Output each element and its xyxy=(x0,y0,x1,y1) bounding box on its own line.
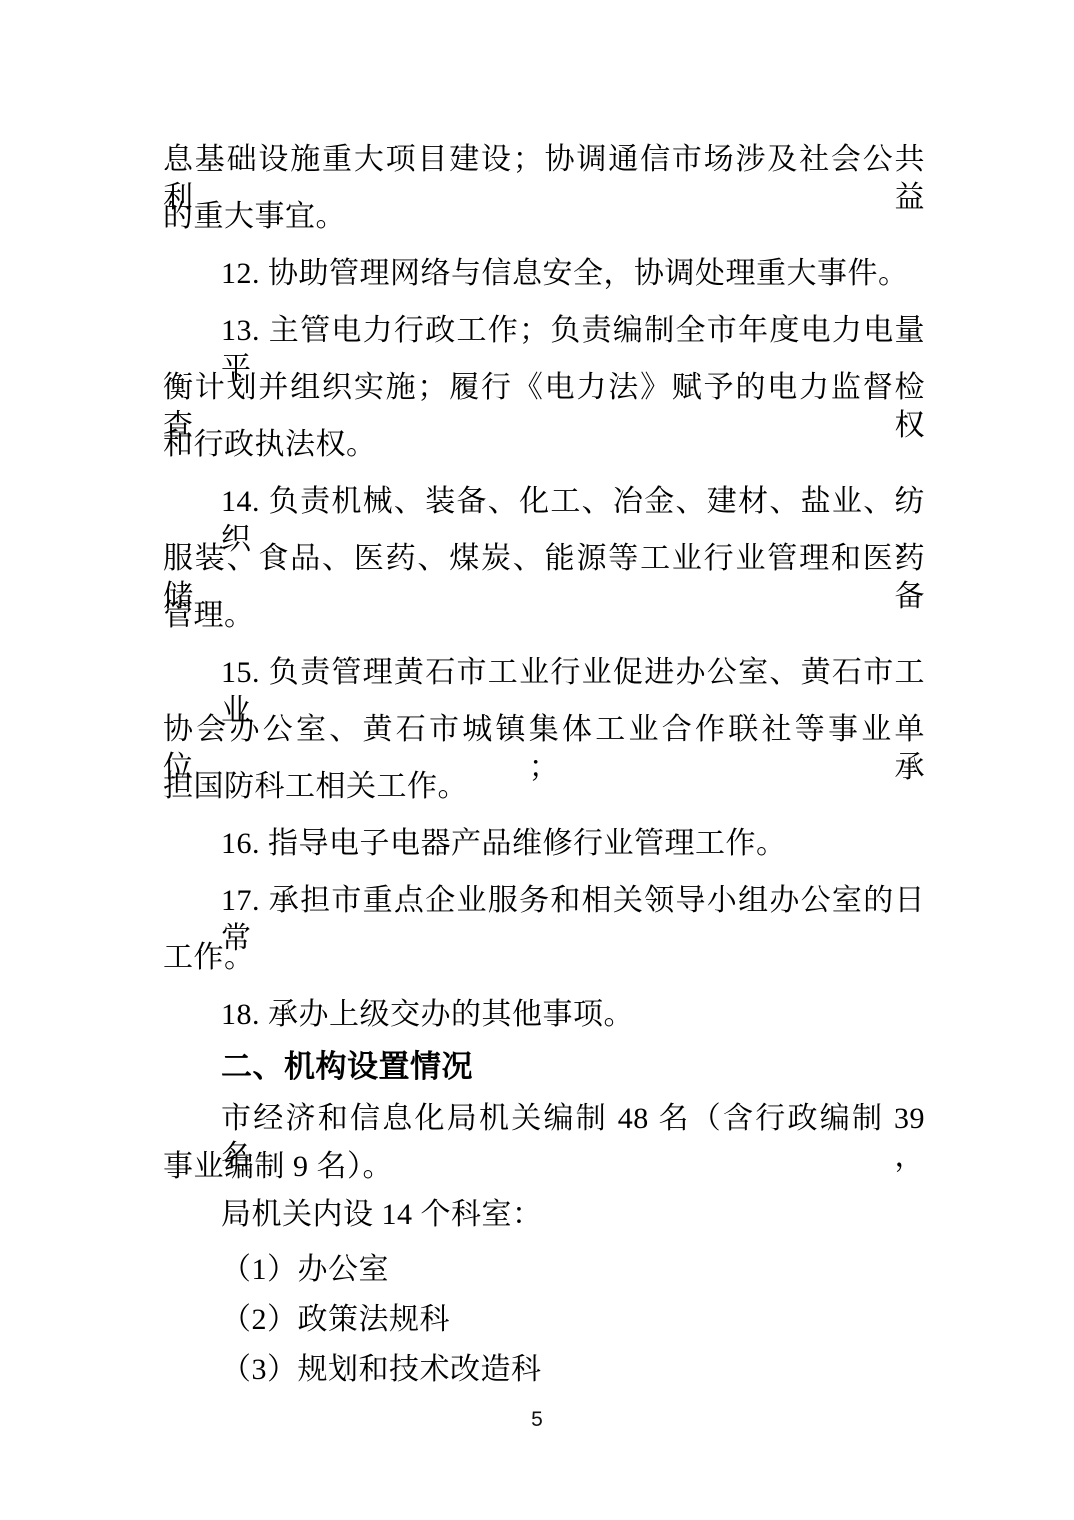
item-16-line-1: 16. 指导电子电器产品维修行业管理工作。 xyxy=(163,825,925,863)
item-14-line-3: 管理。 xyxy=(163,597,925,635)
department-item-1: （1）办公室 xyxy=(163,1251,925,1289)
item-18-line-1: 18. 承办上级交办的其他事项。 xyxy=(163,996,925,1034)
item-12-line-1: 12. 协助管理网络与信息安全，协调处理重大事件。 xyxy=(163,255,925,293)
page-number: 5 xyxy=(0,1408,1074,1432)
departments-intro-line: 局机关内设 14 个科室： xyxy=(163,1196,925,1234)
document-page: 息基础设施重大项目建设；协调通信市场涉及社会公共利益 的重大事宜。 12. 协助… xyxy=(0,0,1074,1520)
body-line-continuation-2: 的重大事宜。 xyxy=(163,198,925,236)
staffing-line-2: 事业编制 9 名）。 xyxy=(163,1148,925,1186)
item-13-line-3: 和行政执法权。 xyxy=(163,426,925,464)
item-15-line-3: 担国防科工相关工作。 xyxy=(163,768,925,806)
section-2-heading: 二、机构设置情况 xyxy=(163,1048,925,1086)
department-item-3: （3）规划和技术改造科 xyxy=(163,1351,925,1389)
item-17-line-2: 工作。 xyxy=(163,939,925,977)
department-item-2: （2）政策法规科 xyxy=(163,1301,925,1339)
